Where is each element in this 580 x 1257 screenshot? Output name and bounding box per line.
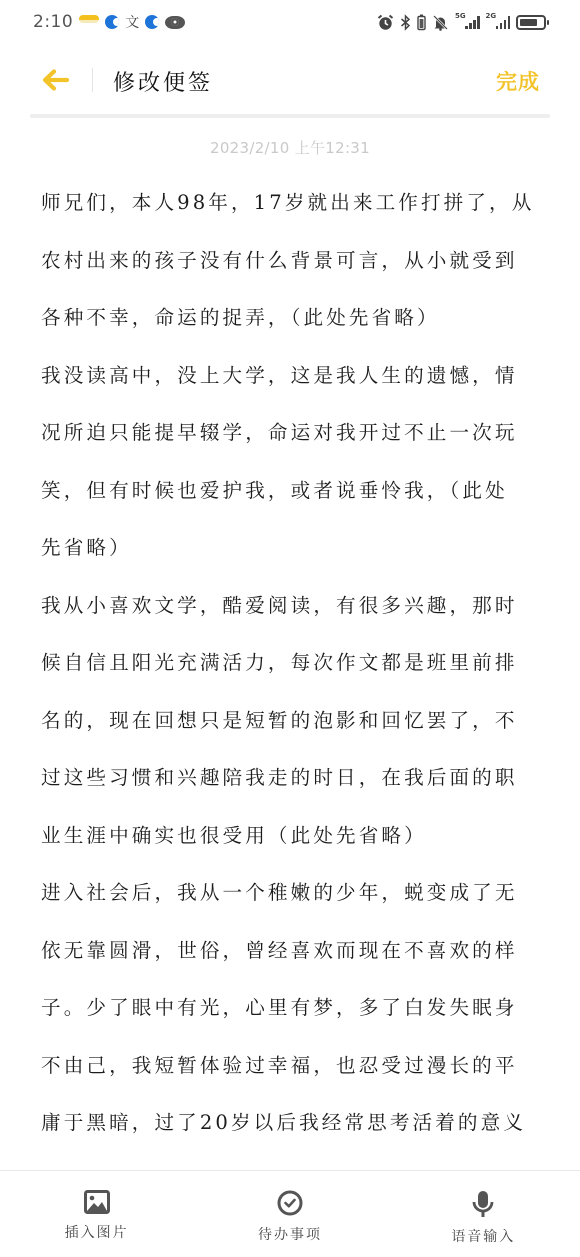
note-line: 先省略） <box>41 525 541 583</box>
image-icon <box>84 1190 110 1214</box>
header-rule <box>30 114 550 118</box>
battery-icon <box>516 15 546 30</box>
page-title: 修改便签 <box>113 66 213 97</box>
status-right: 5G 2G <box>377 14 550 31</box>
voice-input-label: 语音输入 <box>451 1226 515 1246</box>
note-line: 我从小喜欢文学，酷爱阅读，有很多兴趣，那时 <box>41 583 541 641</box>
back-button[interactable] <box>38 65 72 95</box>
arrow-left-icon <box>41 69 69 91</box>
notification-pill-icon <box>79 15 99 23</box>
note-line: 庸于黑暗，过了20岁以后我经常思考活着的意义 <box>41 1100 541 1158</box>
note-line: 况所迫只能提早辍学，命运对我开过不止一次玩 <box>41 410 541 468</box>
note-line: 不由己，我短暂体验过幸福，也忍受过漫长的平 <box>41 1043 541 1101</box>
vibrate-icon <box>417 14 426 31</box>
eye-icon <box>165 16 185 29</box>
note-line: 进入社会后，我从一个稚嫩的少年，蜕变成了无 <box>41 870 541 928</box>
note-line: 农村出来的孩子没有什么背景可言，从小就受到 <box>41 238 541 296</box>
header: 修改便签 完成 <box>0 56 580 106</box>
check-circle-icon <box>276 1190 304 1216</box>
todo-label: 待办事项 <box>258 1224 322 1244</box>
note-line: 各种不幸，命运的捉弄，（此处先省略） <box>41 295 541 353</box>
todo-button[interactable]: 待办事项 <box>193 1171 386 1257</box>
note-line: 师兄们，本人98年，17岁就出来工作打拼了，从 <box>41 180 541 238</box>
done-button[interactable]: 完成 <box>496 66 540 96</box>
bottom-toolbar: 插入图片 待办事项 语音输入 <box>0 1170 580 1257</box>
note-timestamp: 2023/2/10 上午12:31 <box>0 137 580 158</box>
signal-2g-icon: 2G <box>486 15 511 29</box>
note-line: 子。少了眼中有光，心里有梦，多了白发失眠身 <box>41 985 541 1043</box>
status-left: 2:10 文 <box>33 12 185 32</box>
status-bar: 2:10 文 5G <box>0 0 580 44</box>
header-divider <box>92 68 93 92</box>
note-line: 依无靠圆滑，世俗，曾经喜欢而现在不喜欢的样 <box>41 928 541 986</box>
note-line: 笑，但有时候也爱护我，或者说垂怜我，（此处 <box>41 468 541 526</box>
note-line: 我没读高中，没上大学，这是我人生的遗憾，情 <box>41 353 541 411</box>
insert-image-button[interactable]: 插入图片 <box>0 1171 193 1257</box>
status-time: 2:10 <box>33 12 73 32</box>
microphone-icon <box>471 1190 495 1218</box>
alarm-icon <box>377 14 394 31</box>
insert-image-label: 插入图片 <box>65 1222 129 1242</box>
signal-5g-icon: 5G <box>455 15 480 29</box>
browser-app-icon <box>145 15 159 29</box>
note-line: 过这些习惯和兴趣陪我走的时日，在我后面的职 <box>41 755 541 813</box>
voice-input-button[interactable]: 语音输入 <box>387 1171 580 1257</box>
note-line: 业生涯中确实也很受用（此处先省略） <box>41 813 541 871</box>
browser-app-icon <box>105 15 119 29</box>
note-line: 候自信且阳光充满活力，每次作文都是班里前排 <box>41 640 541 698</box>
mute-bell-icon <box>432 14 449 31</box>
note-editor[interactable]: 师兄们，本人98年，17岁就出来工作打拼了，从 农村出来的孩子没有什么背景可言，… <box>41 180 541 1158</box>
translate-wen-icon: 文 <box>125 12 139 32</box>
bluetooth-icon <box>400 14 411 31</box>
note-line: 名的，现在回想只是短暂的泡影和回忆罢了，不 <box>41 698 541 756</box>
